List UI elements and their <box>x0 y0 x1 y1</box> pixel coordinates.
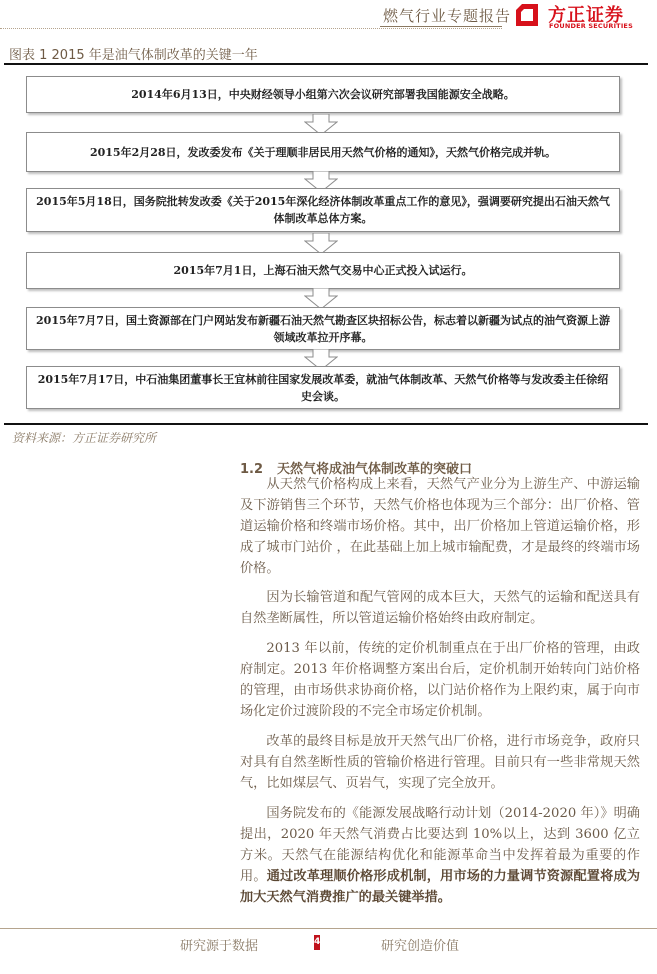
body-paragraph: 改革的最终目标是放开天然气出厂价格，进行市场竞争，政府只对具有自然垄断性质的管输… <box>240 731 640 794</box>
body-paragraph: 从天然气价格构成上来看，天然气产业分为上游生产、中游运输及下游销售三个环节，天然… <box>240 474 640 579</box>
timeline-box: 2015年2月28日，发改委发布《关于理顺非居民用天然气价格的通知》，天然气价格… <box>26 132 620 172</box>
footer-slogan-right: 研究创造价值 <box>381 935 459 954</box>
page-number: 4 <box>314 935 320 950</box>
figure-bottom-rule <box>4 423 648 425</box>
footer-rule <box>0 928 657 929</box>
body-paragraph: 2013 年以前，传统的定价机制重点在于出厂价格的管理，由政府制定。2013 年… <box>240 638 640 722</box>
timeline-box: 2014年6月13日，中央财经领导小组第六次会议研究部署我国能源安全战略。 <box>26 76 620 113</box>
timeline-box: 2015年5月18日，国务院批转发改委《关于2015年深化经济体制改革重点工作的… <box>26 188 620 232</box>
timeline-box: 2015年7月1日，上海石油天然气交易中心正式投入试运行。 <box>26 252 620 289</box>
report-title: 燃气行业专题报告 <box>383 5 511 26</box>
emphasis-text: 通过改革理顺价格形成机制，用市场的力量调节资源配置将成为加大天然气消费推广的最关… <box>240 869 640 905</box>
body-paragraph: 国务院发布的《能源发展战略行动计划（2014-2020 年）》明确提出，2020… <box>240 803 640 908</box>
figure-top-rule <box>4 63 648 65</box>
figure-title: 图表 1 2015 年是油气体制改革的关键一年 <box>9 44 258 63</box>
timeline-box: 2015年7月7日，国土资源部在门户网站发布新疆石油天然气勘查区块招标公告，标志… <box>26 307 620 350</box>
body-paragraph: 因为长输管道和配气管网的成本巨大，天然气的运输和配送具有自然垄断属性，所以管道运… <box>240 587 640 629</box>
timeline-box: 2015年7月17日，中石油集团董事长王宜林前往国家发展改革委，就油气体制改革、… <box>26 366 620 409</box>
footer-slogan-left: 研究源于数据 <box>180 935 258 954</box>
company-logo: 方正证券 FOUNDER SECURITIES <box>512 2 652 30</box>
logo-english-name: FOUNDER SECURITIES <box>549 22 633 30</box>
header-dotted-rule <box>0 28 502 29</box>
figure-source: 资料来源：方正证券研究所 <box>12 429 156 446</box>
header-underline <box>380 26 502 27</box>
founder-logo-icon <box>516 4 538 26</box>
